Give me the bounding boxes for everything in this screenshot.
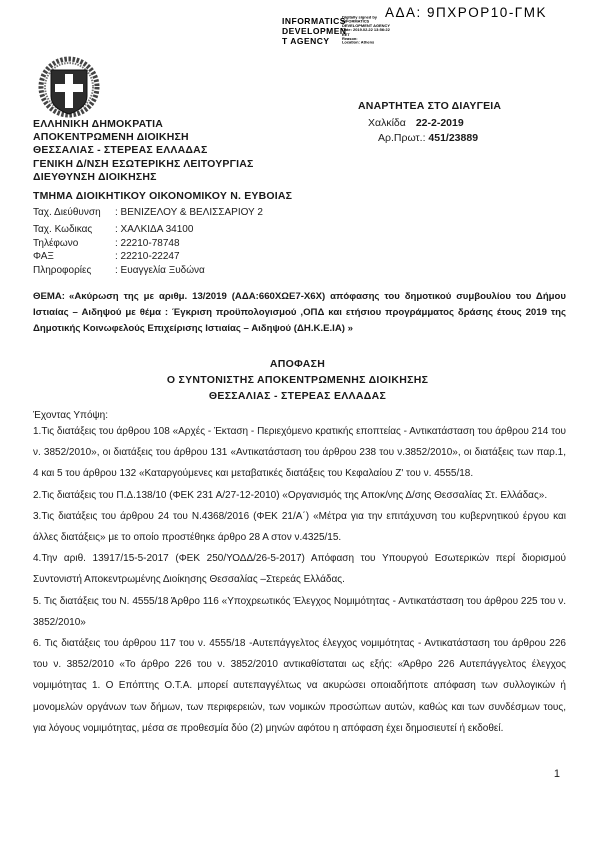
page-number: 1 (540, 768, 560, 780)
agency-header: ΕΛΛΗΝΙΚΗ ΔΗΜΟΚΡΑΤΙΑ ΑΠΟΚΕΝΤΡΩΜΕΝΗ ΔΙΟΙΚΗ… (33, 118, 254, 184)
decision-title: ΑΠΟΦΑΣΗ (0, 358, 595, 370)
legal-item: 3.Τις διατάξεις του άρθρου 24 του Ν.4368… (33, 506, 566, 548)
contact-row: Τηλέφωνο : 22210-78748 (33, 237, 263, 250)
contact-value: : 22210-22247 (115, 250, 180, 263)
having-regard-label: Έχοντας Υπόψη: (33, 410, 108, 421)
contact-label: Ταχ. Κωδικας (33, 223, 115, 236)
subject-label: ΘΕΜΑ: (33, 291, 65, 302)
agency-line: ΘΕΣΣΑΛΙΑΣ - ΣΤΕΡΕΑΣ ΕΛΛΑΔΑΣ (33, 144, 254, 157)
protocol-line: Αρ.Πρωτ.: 451/23889 (378, 132, 478, 144)
legal-item: 1.Τις διατάξεις του άρθρου 108 «Αρχές - … (33, 421, 566, 485)
contact-value: : ΧΑΛΚΙΔΑ 34100 (115, 223, 193, 236)
document-date: 22-2-2019 (416, 117, 464, 129)
legal-item: 6. Τις διατάξεις του άρθρου 117 του ν. 4… (33, 633, 566, 739)
signature-detail-line: Location: Athens (342, 41, 441, 45)
subject-paragraph: ΘΕΜΑ:«Ακύρωση της με αριθμ. 13/2019 (ΑΔΑ… (33, 289, 566, 337)
signature-details: Digitally signed by INFORMATICS DEVELOPM… (342, 16, 441, 46)
contact-value: : 22210-78748 (115, 237, 180, 250)
contact-row: Ταχ. Κωδικας : ΧΑΛΚΙΔΑ 34100 (33, 223, 263, 236)
agency-line: ΕΛΛΗΝΙΚΗ ΔΗΜΟΚΡΑΤΙΑ (33, 118, 254, 131)
contact-value: : ΒΕΝΙΖΕΛΟΥ & ΒΕΛΙΣΣΑΡΙΟΥ 2 (115, 206, 263, 219)
contact-row: Πληροφορίες : Ευαγγελία Ξυδώνα (33, 264, 263, 277)
agency-line: ΓΕΝΙΚΗ Δ/ΝΣΗ ΕΣΩΤΕΡΙΚΗΣ ΛΕΙΤΟΥΡΓΙΑΣ (33, 158, 254, 171)
legal-item: 2.Τις διατάξεις του Π.Δ.138/10 (ΦΕΚ 231 … (33, 485, 566, 506)
hellenic-republic-emblem-icon (38, 56, 100, 118)
signature-agency-line: INFORMATICS (282, 16, 338, 26)
digital-signature-stamp: INFORMATICS DEVELOPMEN T AGENCY Digitall… (282, 16, 492, 61)
legal-item: 4.Την αριθ. 13917/15-5-2017 (ΦΕΚ 250/ΥΟΔ… (33, 548, 566, 590)
legal-items-list: 1.Τις διατάξεις του άρθρου 108 «Αρχές - … (33, 421, 566, 739)
department-line: ΤΜΗΜΑ ΔΙΟΙΚΗΤΙΚΟΥ ΟΙΚΟΝΟΜΙΚΟΥ Ν. ΕΥΒΟΙΑΣ (33, 190, 292, 202)
posting-notice: ΑΝΑΡΤΗΤΕΑ ΣΤΟ ΔΙΑΥΓΕΙΑ (358, 100, 501, 112)
protocol-number: 451/23889 (428, 132, 478, 144)
subject-text: «Ακύρωση της με αριθμ. 13/2019 (ΑΔΑ:660Χ… (33, 291, 566, 334)
agency-line: ΑΠΟΚΕΝΤΡΩΜΕΝΗ ΔΙΟΙΚΗΣΗ (33, 131, 254, 144)
contact-value: : Ευαγγελία Ξυδώνα (115, 264, 205, 277)
contact-row: Ταχ. Διεύθυνση : ΒΕΝΙΖΕΛΟΥ & ΒΕΛΙΣΣΑΡΙΟΥ… (33, 206, 263, 219)
contact-label: Ταχ. Διεύθυνση (33, 206, 115, 219)
protocol-label: Αρ.Πρωτ.: (378, 132, 425, 144)
contact-label: ΦΑΞ (33, 250, 115, 263)
signature-agency-line: T AGENCY (282, 36, 338, 46)
agency-line: ΔΙΕΥΘΥΝΣΗ ΔΙΟΙΚΗΣΗΣ (33, 171, 254, 184)
contact-block: Ταχ. Διεύθυνση : ΒΕΝΙΖΕΛΟΥ & ΒΕΛΙΣΣΑΡΙΟΥ… (33, 206, 263, 277)
signature-agency-line: DEVELOPMEN (282, 26, 338, 36)
legal-item: 5. Τις διατάξεις του Ν. 4555/18 Άρθρο 11… (33, 591, 566, 633)
city-label: Χαλκίδα (368, 117, 406, 129)
decision-authority: Ο ΣΥΝΤΟΝΙΣΤΗΣ ΑΠΟΚΕΝΤΡΩΜΕΝΗΣ ΔΙΟΙΚΗΣΗΣ (0, 374, 595, 386)
document-page: ΑΔΑ: 9ΠΧΡΟΡ10-ΓΜΚ INFORMATICS DEVELOPMEN… (0, 0, 595, 842)
contact-label: Πληροφορίες (33, 264, 115, 277)
contact-row: ΦΑΞ : 22210-22247 (33, 250, 263, 263)
date-line: Χαλκίδα22-2-2019 (368, 117, 464, 129)
decision-region: ΘΕΣΣΑΛΙΑΣ - ΣΤΕΡΕΑΣ ΕΛΛΑΔΑΣ (0, 390, 595, 402)
contact-label: Τηλέφωνο (33, 237, 115, 250)
signature-agency-name: INFORMATICS DEVELOPMEN T AGENCY (282, 16, 338, 61)
